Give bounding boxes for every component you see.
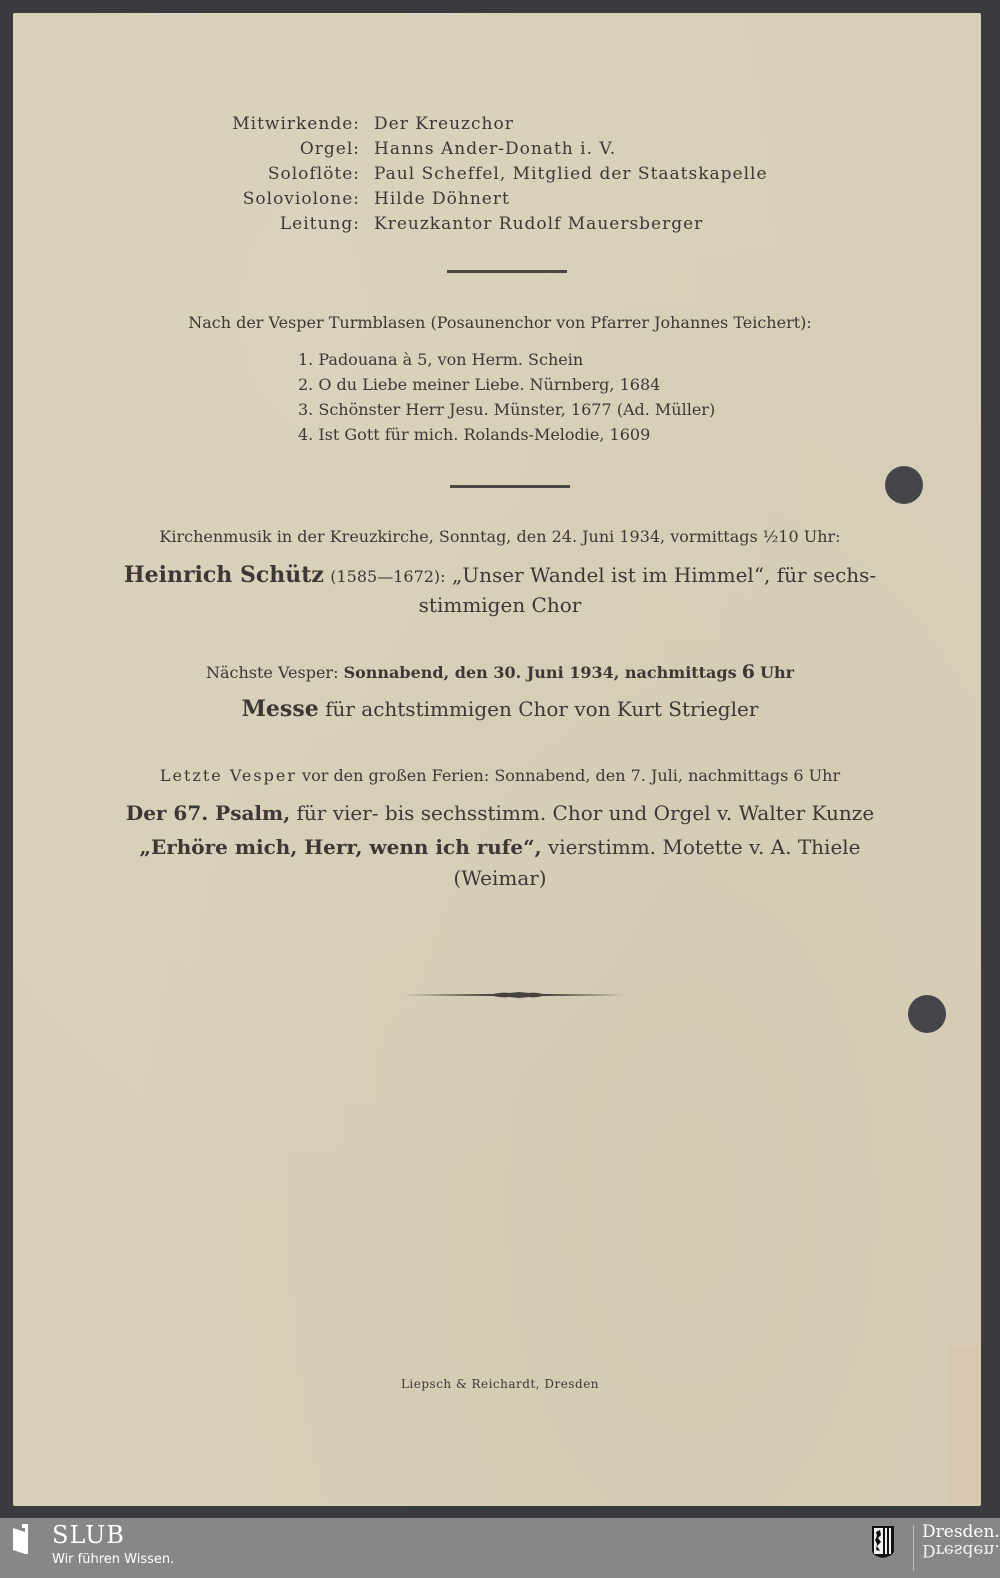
credit-label: Mitwirkende:: [0, 112, 374, 137]
printer-imprint: Liepsch & Reichardt, Dresden: [0, 1377, 1000, 1391]
credit-label: Soloflöte:: [0, 162, 374, 187]
credit-value: Hilde Döhnert: [374, 187, 1000, 212]
work1-title: Der 67. Psalm,: [126, 801, 290, 825]
next-vesper-label: Nächste Vesper:: [206, 663, 339, 682]
list-item: 2. O du Liebe meiner Liebe. Nürnberg, 16…: [298, 372, 715, 397]
last-vesper-heading: Letzte Vesper vor den großen Ferien: Son…: [0, 766, 1000, 785]
work2-line2: (Weimar): [0, 866, 1000, 890]
section-divider: [450, 485, 570, 488]
kirchenmusik-work: Heinrich Schütz (1585—1672): „Unser Wand…: [0, 562, 1000, 588]
last-vesper-label: Letzte Vesper: [160, 766, 297, 785]
turmblasen-heading: Nach der Vesper Turmblasen (Posaunenchor…: [0, 313, 1000, 332]
dresden-coat-of-arms-icon: [872, 1526, 894, 1558]
credit-row: Leitung: Kreuzkantor Rudolf Mauersberger: [0, 212, 1000, 237]
work2-description: vierstimm. Motette v. A. Thiele: [548, 835, 861, 859]
credit-value: Hanns Ander-Donath i. V.: [374, 137, 1000, 162]
slub-book-icon: [13, 1524, 43, 1554]
composer-name: Heinrich Schütz: [124, 562, 324, 588]
credit-row: Orgel: Hanns Ander-Donath i. V.: [0, 137, 1000, 162]
slub-tagline: Wir führen Wissen.: [52, 1552, 174, 1567]
slub-logo-text: SLUB: [52, 1521, 125, 1549]
work1-description: für vier- bis sechsstimm. Chor und Orgel…: [297, 801, 875, 825]
list-item: 4. Ist Gott für mich. Rolands-Melodie, 1…: [298, 422, 715, 447]
next-vesper-heading: Nächste Vesper: Sonnabend, den 30. Juni …: [0, 661, 1000, 683]
kirchenmusik-heading: Kirchenmusik in der Kreuzkirche, Sonntag…: [0, 527, 1000, 546]
credit-value: Kreuzkantor Rudolf Mauersberger: [374, 212, 1000, 237]
last-vesper-date: vor den großen Ferien: Sonnabend, den 7.…: [302, 766, 840, 785]
performers-list: Mitwirkende: Der Kreuzchor Orgel: Hanns …: [0, 112, 1000, 237]
next-vesper-hour: 6: [742, 661, 755, 683]
paper-tab-strip: [948, 1346, 981, 1504]
work2-title: „Erhöre mich, Herr, wenn ich rufe“,: [139, 835, 541, 859]
footer-divider: [913, 1525, 914, 1571]
composer-years: (1585—1672):: [330, 567, 445, 586]
next-vesper-date: Sonnabend, den 30. Juni 1934, nachmittag…: [344, 663, 737, 682]
dresden-logo-mirror: Dresden.: [922, 1541, 1000, 1559]
next-vesper-work: Messe für achtstimmigen Chor von Kurt St…: [0, 696, 1000, 722]
work-description: für achtstimmigen Chor von Kurt Striegle…: [325, 697, 758, 721]
credit-value: Der Kreuzchor: [374, 112, 1000, 137]
work-title-line2: stimmigen Chor: [0, 593, 1000, 617]
punch-hole-upper: [885, 466, 923, 504]
credit-label: Soloviolone:: [0, 187, 374, 212]
last-vesper-work1: Der 67. Psalm, für vier- bis sechsstimm.…: [0, 801, 1000, 825]
ornamental-divider: [403, 990, 625, 1000]
list-item: 1. Padouana à 5, von Herm. Schein: [298, 347, 715, 372]
credit-value: Paul Scheffel, Mitglied der Staatskapell…: [374, 162, 1000, 187]
turmblasen-list: 1. Padouana à 5, von Herm. Schein 2. O d…: [298, 347, 715, 447]
last-vesper-work2: „Erhöre mich, Herr, wenn ich rufe“, vier…: [0, 835, 1000, 859]
work-title-line1: „Unser Wandel ist im Himmel“, für sechs-: [452, 563, 876, 587]
next-vesper-unit: Uhr: [760, 663, 794, 682]
dresden-logo-text: Dresden.: [922, 1523, 1000, 1541]
credit-row: Soloflöte: Paul Scheffel, Mitglied der S…: [0, 162, 1000, 187]
credit-label: Leitung:: [0, 212, 374, 237]
punch-hole-lower: [908, 995, 946, 1033]
footer-bar: SLUB Wir führen Wissen. Dresden. Dresden…: [0, 1518, 1000, 1578]
list-item: 3. Schönster Herr Jesu. Münster, 1677 (A…: [298, 397, 715, 422]
credit-label: Orgel:: [0, 137, 374, 162]
credit-row: Mitwirkende: Der Kreuzchor: [0, 112, 1000, 137]
credit-row: Soloviolone: Hilde Döhnert: [0, 187, 1000, 212]
work-title: Messe: [242, 696, 319, 722]
section-divider: [447, 270, 567, 273]
